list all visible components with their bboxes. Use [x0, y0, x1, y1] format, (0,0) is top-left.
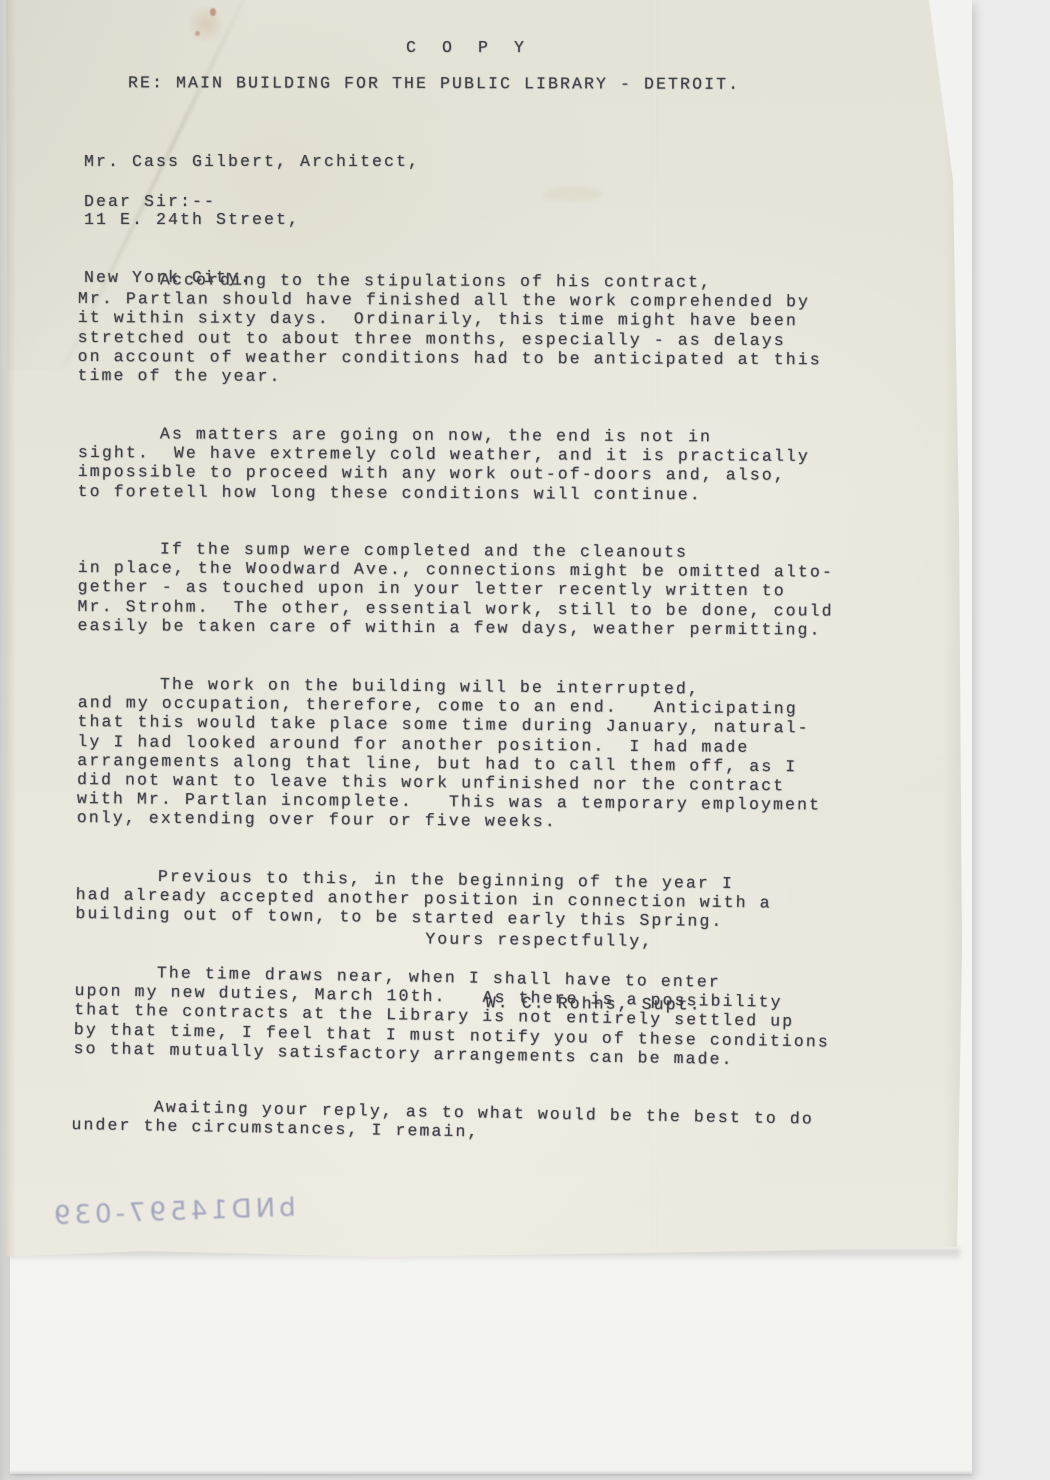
paper-edge-shade-left: [4, 0, 16, 1258]
stain-mark: [210, 8, 216, 16]
backing-sheet-edge: [10, 1472, 972, 1475]
copy-label: C O P Y: [406, 38, 526, 57]
stain-mark: [190, 2, 222, 46]
scanned-letter-scene: C O P Y RE: MAIN BUILDING FOR THE PUBLIC…: [0, 0, 1050, 1480]
signature: W. C. Rohns, Supt.: [486, 992, 702, 1015]
paragraph: As matters are going on now, the end is …: [78, 424, 908, 505]
letter-paper: C O P Y RE: MAIN BUILDING FOR THE PUBLIC…: [4, 0, 970, 1258]
subject-line: RE: MAIN BUILDING FOR THE PUBLIC LIBRARY…: [128, 73, 740, 94]
paragraph: Awaiting your reply, as to what would be…: [71, 1096, 908, 1150]
recipient-street: 11 E. 24th Street,: [84, 210, 420, 229]
recipient-name: Mr. Cass Gilbert, Architect,: [84, 152, 420, 171]
paragraph: The work on the building will be interru…: [77, 674, 908, 835]
paragraph: If the sump were completed and the clean…: [77, 539, 908, 640]
mirrored-annotation: bND14597-039: [49, 1190, 296, 1235]
stain-mark: [544, 186, 602, 202]
closing: Yours respectfully,: [425, 929, 702, 953]
closing-block: Yours respectfully, W. C. Rohns, Supt.: [424, 887, 703, 1058]
paragraph: According to the stipulations of his con…: [77, 270, 907, 389]
stain-mark: [195, 31, 200, 36]
salutation: Dear Sir:--: [84, 192, 216, 211]
